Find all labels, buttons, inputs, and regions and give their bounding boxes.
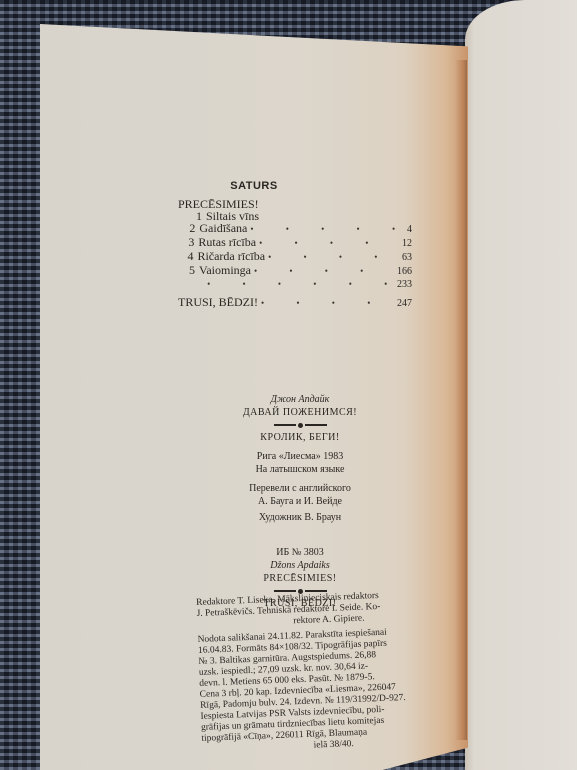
leader-dots: • • • • • • [251, 265, 395, 277]
ib-number: ИБ № 3803 [170, 546, 430, 559]
ornament-divider [170, 420, 430, 430]
leader-dots: • • • • • • [256, 237, 396, 249]
chapter-title: Ričarda rīcība [197, 250, 265, 262]
toc-part-row: TRUSI, BĒDZI! • • • • • • 247 [178, 296, 412, 310]
leader-dots: • • • • • • [204, 278, 390, 290]
publisher-russian: Рига «Лиесма» 1983 [170, 450, 430, 463]
table-of-contents: PRECĒSIMIES! 1 Siltais vīns 2 Gaidīšana … [178, 196, 412, 310]
leader-dots: • • • • • • [247, 223, 394, 235]
toc-row: 5 Vaiominga • • • • • • 166 [178, 264, 412, 278]
language-note: На латышском языке [170, 463, 430, 476]
translators-line-2: А. Бауга и И. Вейде [170, 495, 430, 508]
chapter-number: 5 [178, 264, 199, 276]
author-latvian: Džons Apdaiks [170, 559, 430, 572]
leader-dots: • • • • • • [265, 251, 397, 263]
toc-row: 4 Ričarda rīcība • • • • • • 63 [178, 250, 412, 264]
chapter-number: 3 [178, 236, 198, 248]
chapter-page: 166 [395, 266, 412, 278]
chapter-page: 233 [390, 279, 412, 291]
contents-heading: SATURS [40, 180, 468, 192]
toc-row: 2 Gaidīšana • • • • • • 4 [178, 222, 412, 236]
leader-dots: • • • • • • [258, 297, 396, 309]
toc-row: • • • • • • 233 [178, 278, 412, 291]
translators-line-1: Перевели с английского [170, 482, 430, 495]
chapter-number: 4 [178, 250, 197, 262]
right-page [465, 0, 577, 770]
russian-credits: Джон Апдайк ДАВАЙ ПОЖЕНИМСЯ! КРОЛИК, БЕГ… [170, 393, 430, 610]
title-russian-2: КРОЛИК, БЕГИ! [170, 431, 430, 444]
chapter-number: 2 [178, 222, 199, 234]
chapter-title: Gaidīšana [199, 222, 247, 234]
author-russian: Джон Апдайк [170, 393, 430, 406]
chapter-title: Vaiominga [199, 264, 251, 276]
part-page: 247 [396, 298, 412, 310]
title-russian-1: ДАВАЙ ПОЖЕНИМСЯ! [170, 406, 430, 419]
artist-credit: Художник В. Браун [170, 511, 430, 524]
chapter-page: 4 [395, 224, 412, 236]
toc-row: 3 Rutas rīcība • • • • • • 12 [178, 236, 412, 250]
chapter-page: 63 [397, 252, 412, 264]
chapter-page: 12 [396, 238, 412, 250]
title-latvian-1: PRECĒSIMIES! [170, 572, 430, 585]
colophon: Redaktore T. Liseka. Mākslinieciskais re… [196, 588, 466, 756]
toc-part-title: TRUSI, BĒDZI! [178, 296, 258, 308]
chapter-title: Rutas rīcība [198, 236, 256, 248]
